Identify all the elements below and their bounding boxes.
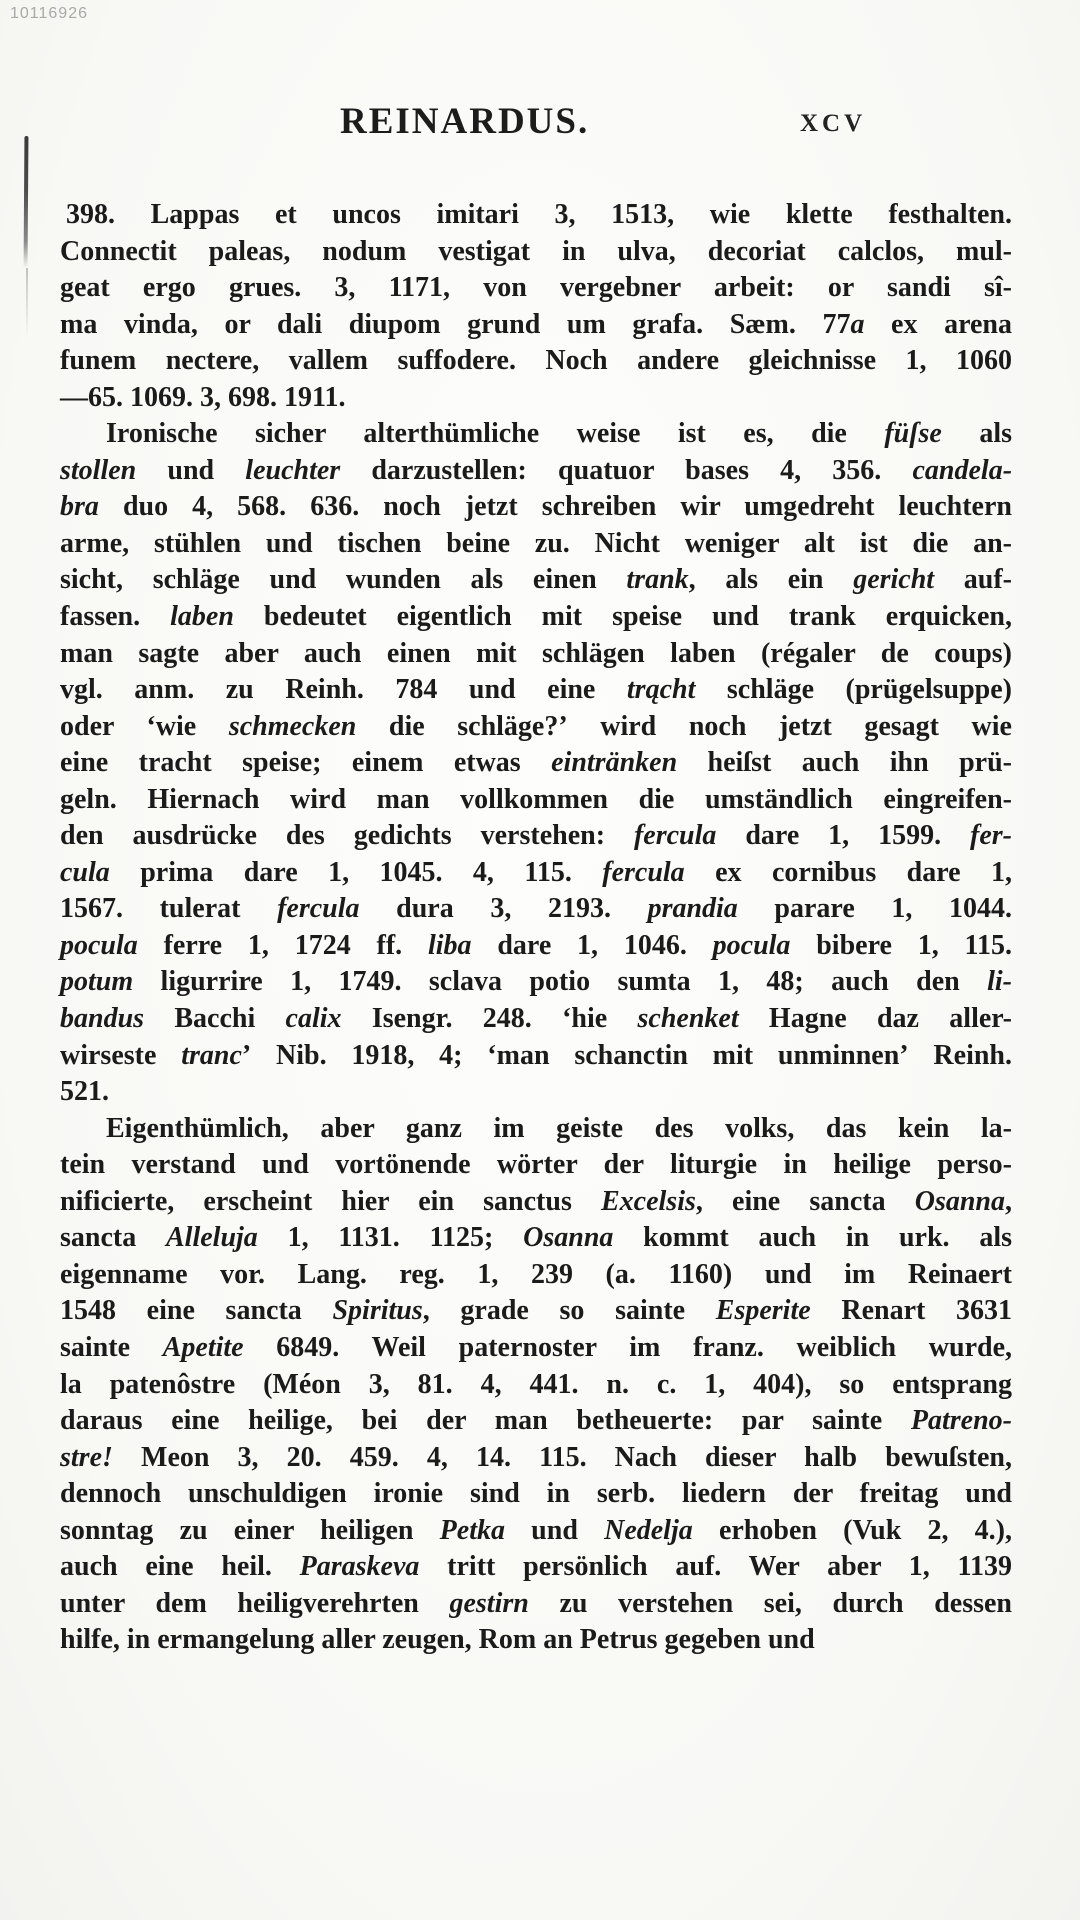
italic-text-segment: candela- [912,455,1012,486]
text-line: hilfe, in ermangelung aller zeugen, Rom … [60,1622,1012,1659]
text-segment: Hagne daz aller- [739,1003,1012,1034]
text-segment: prima dare 1, 1045. 4, 115. [110,857,602,888]
text-segment: parare 1, 1044. [738,893,1012,924]
text-segment: 1, 1131. 1125; [258,1222,523,1253]
italic-text-segment: stollen [60,455,136,486]
text-segment: ex cornibus dare 1, [685,857,1012,888]
text-segment: 1567. tulerat [60,893,277,924]
page-number: XCV [800,110,866,138]
text-segment: , als ein [689,564,854,595]
text-segment: bedeutet eigentlich mit speise und trank… [234,601,1012,632]
text-segment: sainte [60,1332,163,1363]
text-segment: 398. Lappas et uncos imitari 3, 1513, wi… [66,199,1012,230]
text-segment: , [1005,1186,1012,1217]
italic-text-segment: Patreno- [911,1405,1012,1436]
italic-text-segment: a [850,309,864,340]
italic-text-segment: potum [60,966,133,997]
text-line: bandus Bacchi calix Isengr. 248. ʻhie sc… [60,1001,1012,1038]
text-segment: als [942,418,1012,449]
text-segment: sicht, schläge und wunden als einen [60,564,626,595]
text-line: oder ʻwie schmecken die schläge?ʼ wird n… [60,709,1012,746]
text-line: den ausdrücke des gedichts verstehen: fe… [60,818,1012,855]
text-segment: dare 1, 1599. [716,820,970,851]
italic-text-segment: Spiritus [332,1295,422,1326]
text-segment: , eine sancta [696,1186,915,1217]
left-margin-stroke-artifact [24,136,29,268]
italic-text-segment: fercula [634,820,716,851]
text-line: stre! Meon 3, 20. 459. 4, 14. 115. Nach … [60,1440,1012,1477]
text-segment: eigenname vor. Lang. reg. 1, 239 (a. 116… [60,1259,1012,1290]
text-line: 398. Lappas et uncos imitari 3, 1513, wi… [60,197,1012,234]
text-segment: man sagte aber auch einen mit schlägen l… [60,638,1012,669]
text-line: sancta Alleluja 1, 1131. 1125; Osanna ko… [60,1220,1012,1257]
italic-text-segment: tranc [181,1040,242,1071]
italic-text-segment: pocula [713,930,791,961]
italic-text-segment: li- [987,966,1012,997]
italic-text-segment: trank [626,564,688,595]
italic-text-segment: calix [286,1003,342,1034]
left-margin-stroke-fade [26,268,28,338]
italic-text-segment: gestirn [449,1588,528,1619]
text-segment: 1548 eine sancta [60,1295,332,1326]
italic-text-segment: fercula [277,893,359,924]
italic-text-segment: Osanna [523,1222,613,1253]
text-line: funem nectere, vallem suffodere. Noch an… [60,343,1012,380]
text-line: nificierte, erscheint hier ein sanctus E… [60,1184,1012,1221]
text-segment: ex arena [864,309,1012,340]
italic-text-segment: trącht [627,674,695,705]
text-segment: geln. Hiernach wird man vollkommen die u… [60,784,1012,815]
text-segment: hilfe, in ermangelung aller zeugen, Rom … [60,1624,815,1655]
text-segment: dennoch unschuldigen ironie sind in serb… [60,1478,1012,1509]
text-segment: Ironische sicher alterthümliche weise is… [106,418,884,449]
italic-text-segment: Apetite [163,1332,244,1363]
text-segment: sonntag zu einer heiligen [60,1515,440,1546]
running-head: REINARDUS. XCV [0,100,1080,146]
text-segment: eine tracht speise; einem etwas [60,747,551,778]
text-segment: heiſst auch ihn prü- [677,747,1012,778]
text-block: 398. Lappas et uncos imitari 3, 1513, wi… [60,197,1012,1659]
italic-text-segment: stre! [60,1442,113,1473]
text-segment: dura 3, 2193. [360,893,648,924]
page-title: REINARDUS. [340,100,589,143]
text-segment: Eigenthümlich, aber ganz im geiste des v… [106,1113,1012,1144]
italic-text-segment: cula [60,857,110,888]
text-segment: unter dem heiligverehrten [60,1588,449,1619]
text-line: la patenôstre (Méon 3, 81. 4, 441. n. c.… [60,1367,1012,1404]
text-segment: die schläge?ʼ wird noch jetzt gesagt wie [356,711,1012,742]
text-segment: duo 4, 568. 636. noch jetzt schreiben wi… [99,491,1012,522]
scanned-page: 10116926 REINARDUS. XCV 398. Lappas et u… [0,0,1080,1920]
text-line: unter dem heiligverehrten gestirn zu ver… [60,1586,1012,1623]
text-segment: und [136,455,245,486]
italic-text-segment: schenket [638,1003,739,1034]
text-line: —65. 1069. 3, 698. 1911. [60,380,1012,417]
text-segment: geat ergo grues. 3, 1171, von vergebner … [60,272,1012,303]
italic-text-segment: Excelsis [601,1186,696,1217]
italic-text-segment: prandia [648,893,738,924]
text-line: tein verstand und vortönende wörter der … [60,1147,1012,1184]
text-segment: kommt auch in urk. als [613,1222,1012,1253]
text-segment: Meon 3, 20. 459. 4, 14. 115. Nach dieser… [113,1442,1012,1473]
text-line: 521. [60,1074,1012,1111]
text-line: pocula ferre 1, 1724 ff. liba dare 1, 10… [60,928,1012,965]
italic-text-segment: schmecken [229,711,357,742]
text-segment: 521. [60,1076,109,1107]
italic-text-segment: bra [60,491,99,522]
text-line: 1567. tulerat fercula dura 3, 2193. pran… [60,891,1012,928]
italic-text-segment: Petka [440,1515,505,1546]
text-line: Ironische sicher alterthümliche weise is… [60,416,1012,453]
text-segment: Bacchi [144,1003,285,1034]
italic-text-segment: Esperite [716,1295,811,1326]
italic-text-segment: gericht [853,564,934,595]
text-segment: nificierte, erscheint hier ein sanctus [60,1186,601,1217]
text-line: daraus eine heilige, bei der man betheue… [60,1403,1012,1440]
text-segment: 6849. Weil paternoster im franz. weiblic… [244,1332,1012,1363]
text-segment: la patenôstre (Méon 3, 81. 4, 441. n. c.… [60,1369,1012,1400]
text-line: vgl. anm. zu Reinh. 784 und eine trącht … [60,672,1012,709]
italic-text-segment: eintränken [551,747,677,778]
text-line: Connectit paleas, nodum vestigat in ulva… [60,234,1012,271]
text-segment: arme, stühlen und tischen beine zu. Nich… [60,528,1012,559]
text-segment: Isengr. 248. ʻhie [342,1003,638,1034]
text-segment: ʼ Nib. 1918, 4; ʻman schanctin mit unmin… [242,1040,1012,1071]
text-segment: und [505,1515,604,1546]
text-segment: tritt persönlich auf. Wer aber 1, 1139 [419,1551,1012,1582]
text-segment: funem nectere, vallem suffodere. Noch an… [60,345,1012,376]
text-line: eigenname vor. Lang. reg. 1, 239 (a. 116… [60,1257,1012,1294]
italic-text-segment: bandus [60,1003,144,1034]
text-line: auch eine heil. Paraskeva tritt persönli… [60,1549,1012,1586]
italic-text-segment: laben [170,601,234,632]
text-segment: wirseste [60,1040,181,1071]
scan-id-number: 10116926 [10,5,88,23]
text-segment: schläge (prügelsuppe) [695,674,1012,705]
text-line: eine tracht speise; einem etwas eintränk… [60,745,1012,782]
paragraph: Eigenthümlich, aber ganz im geiste des v… [60,1111,1012,1659]
text-line: potum ligurrire 1, 1749. sclava potio su… [60,964,1012,1001]
text-line: man sagte aber auch einen mit schlägen l… [60,636,1012,673]
paragraph: 398. Lappas et uncos imitari 3, 1513, wi… [60,197,1012,416]
text-line: Eigenthümlich, aber ganz im geiste des v… [60,1111,1012,1148]
text-line: stollen und leuchter darzustellen: quatu… [60,453,1012,490]
italic-text-segment: Paraskeva [300,1551,420,1582]
text-line: sicht, schläge und wunden als einen tran… [60,562,1012,599]
text-line: sonntag zu einer heiligen Petka und Nede… [60,1513,1012,1550]
text-segment: vgl. anm. zu Reinh. 784 und eine [60,674,627,705]
text-segment: ligurrire 1, 1749. sclava potio sumta 1,… [133,966,987,997]
italic-text-segment: leuchter [245,455,340,486]
text-segment: sancta [60,1222,166,1253]
text-segment: tein verstand und vortönende wörter der … [60,1149,1012,1180]
italic-text-segment: pocula [60,930,138,961]
text-segment: fassen. [60,601,170,632]
text-segment: oder ʻwie [60,711,229,742]
italic-text-segment: Alleluja [166,1222,258,1253]
text-segment: darzustellen: quatuor bases 4, 356. [340,455,912,486]
text-line: cula prima dare 1, 1045. 4, 115. fercula… [60,855,1012,892]
text-segment: Renart 3631 [811,1295,1012,1326]
text-segment: ferre 1, 1724 ff. [138,930,428,961]
text-segment: ma vinda, or dali diupom grund um grafa.… [60,309,850,340]
italic-text-segment: fer- [970,820,1012,851]
text-segment: auch eine heil. [60,1551,300,1582]
text-segment: auf- [934,564,1012,595]
text-segment: dare 1, 1046. [472,930,713,961]
text-segment: zu verstehen sei, durch dessen [529,1588,1012,1619]
text-line: fassen. laben bedeutet eigentlich mit sp… [60,599,1012,636]
text-segment: den ausdrücke des gedichts verstehen: [60,820,634,851]
text-line: geln. Hiernach wird man vollkommen die u… [60,782,1012,819]
italic-text-segment: fercula [602,857,684,888]
italic-text-segment: Nedelja [604,1515,693,1546]
paragraph: Ironische sicher alterthümliche weise is… [60,416,1012,1110]
text-segment: Connectit paleas, nodum vestigat in ulva… [60,236,1012,267]
italic-text-segment: liba [428,930,472,961]
text-line: wirseste trancʼ Nib. 1918, 4; ʻman schan… [60,1038,1012,1075]
text-line: arme, stühlen und tischen beine zu. Nich… [60,526,1012,563]
text-line: bra duo 4, 568. 636. noch jetzt schreibe… [60,489,1012,526]
text-line: geat ergo grues. 3, 1171, von vergebner … [60,270,1012,307]
italic-text-segment: füſse [884,418,942,449]
text-segment: bibere 1, 115. [790,930,1012,961]
text-line: ma vinda, or dali diupom grund um grafa.… [60,307,1012,344]
text-segment: erhoben (Vuk 2, 4.), [693,1515,1012,1546]
text-line: dennoch unschuldigen ironie sind in serb… [60,1476,1012,1513]
text-segment: , grade so sainte [423,1295,716,1326]
text-segment: —65. 1069. 3, 698. 1911. [60,382,345,413]
text-line: sainte Apetite 6849. Weil paternoster im… [60,1330,1012,1367]
text-segment: daraus eine heilige, bei der man betheue… [60,1405,911,1436]
text-line: 1548 eine sancta Spiritus, grade so sain… [60,1293,1012,1330]
italic-text-segment: Osanna [915,1186,1005,1217]
